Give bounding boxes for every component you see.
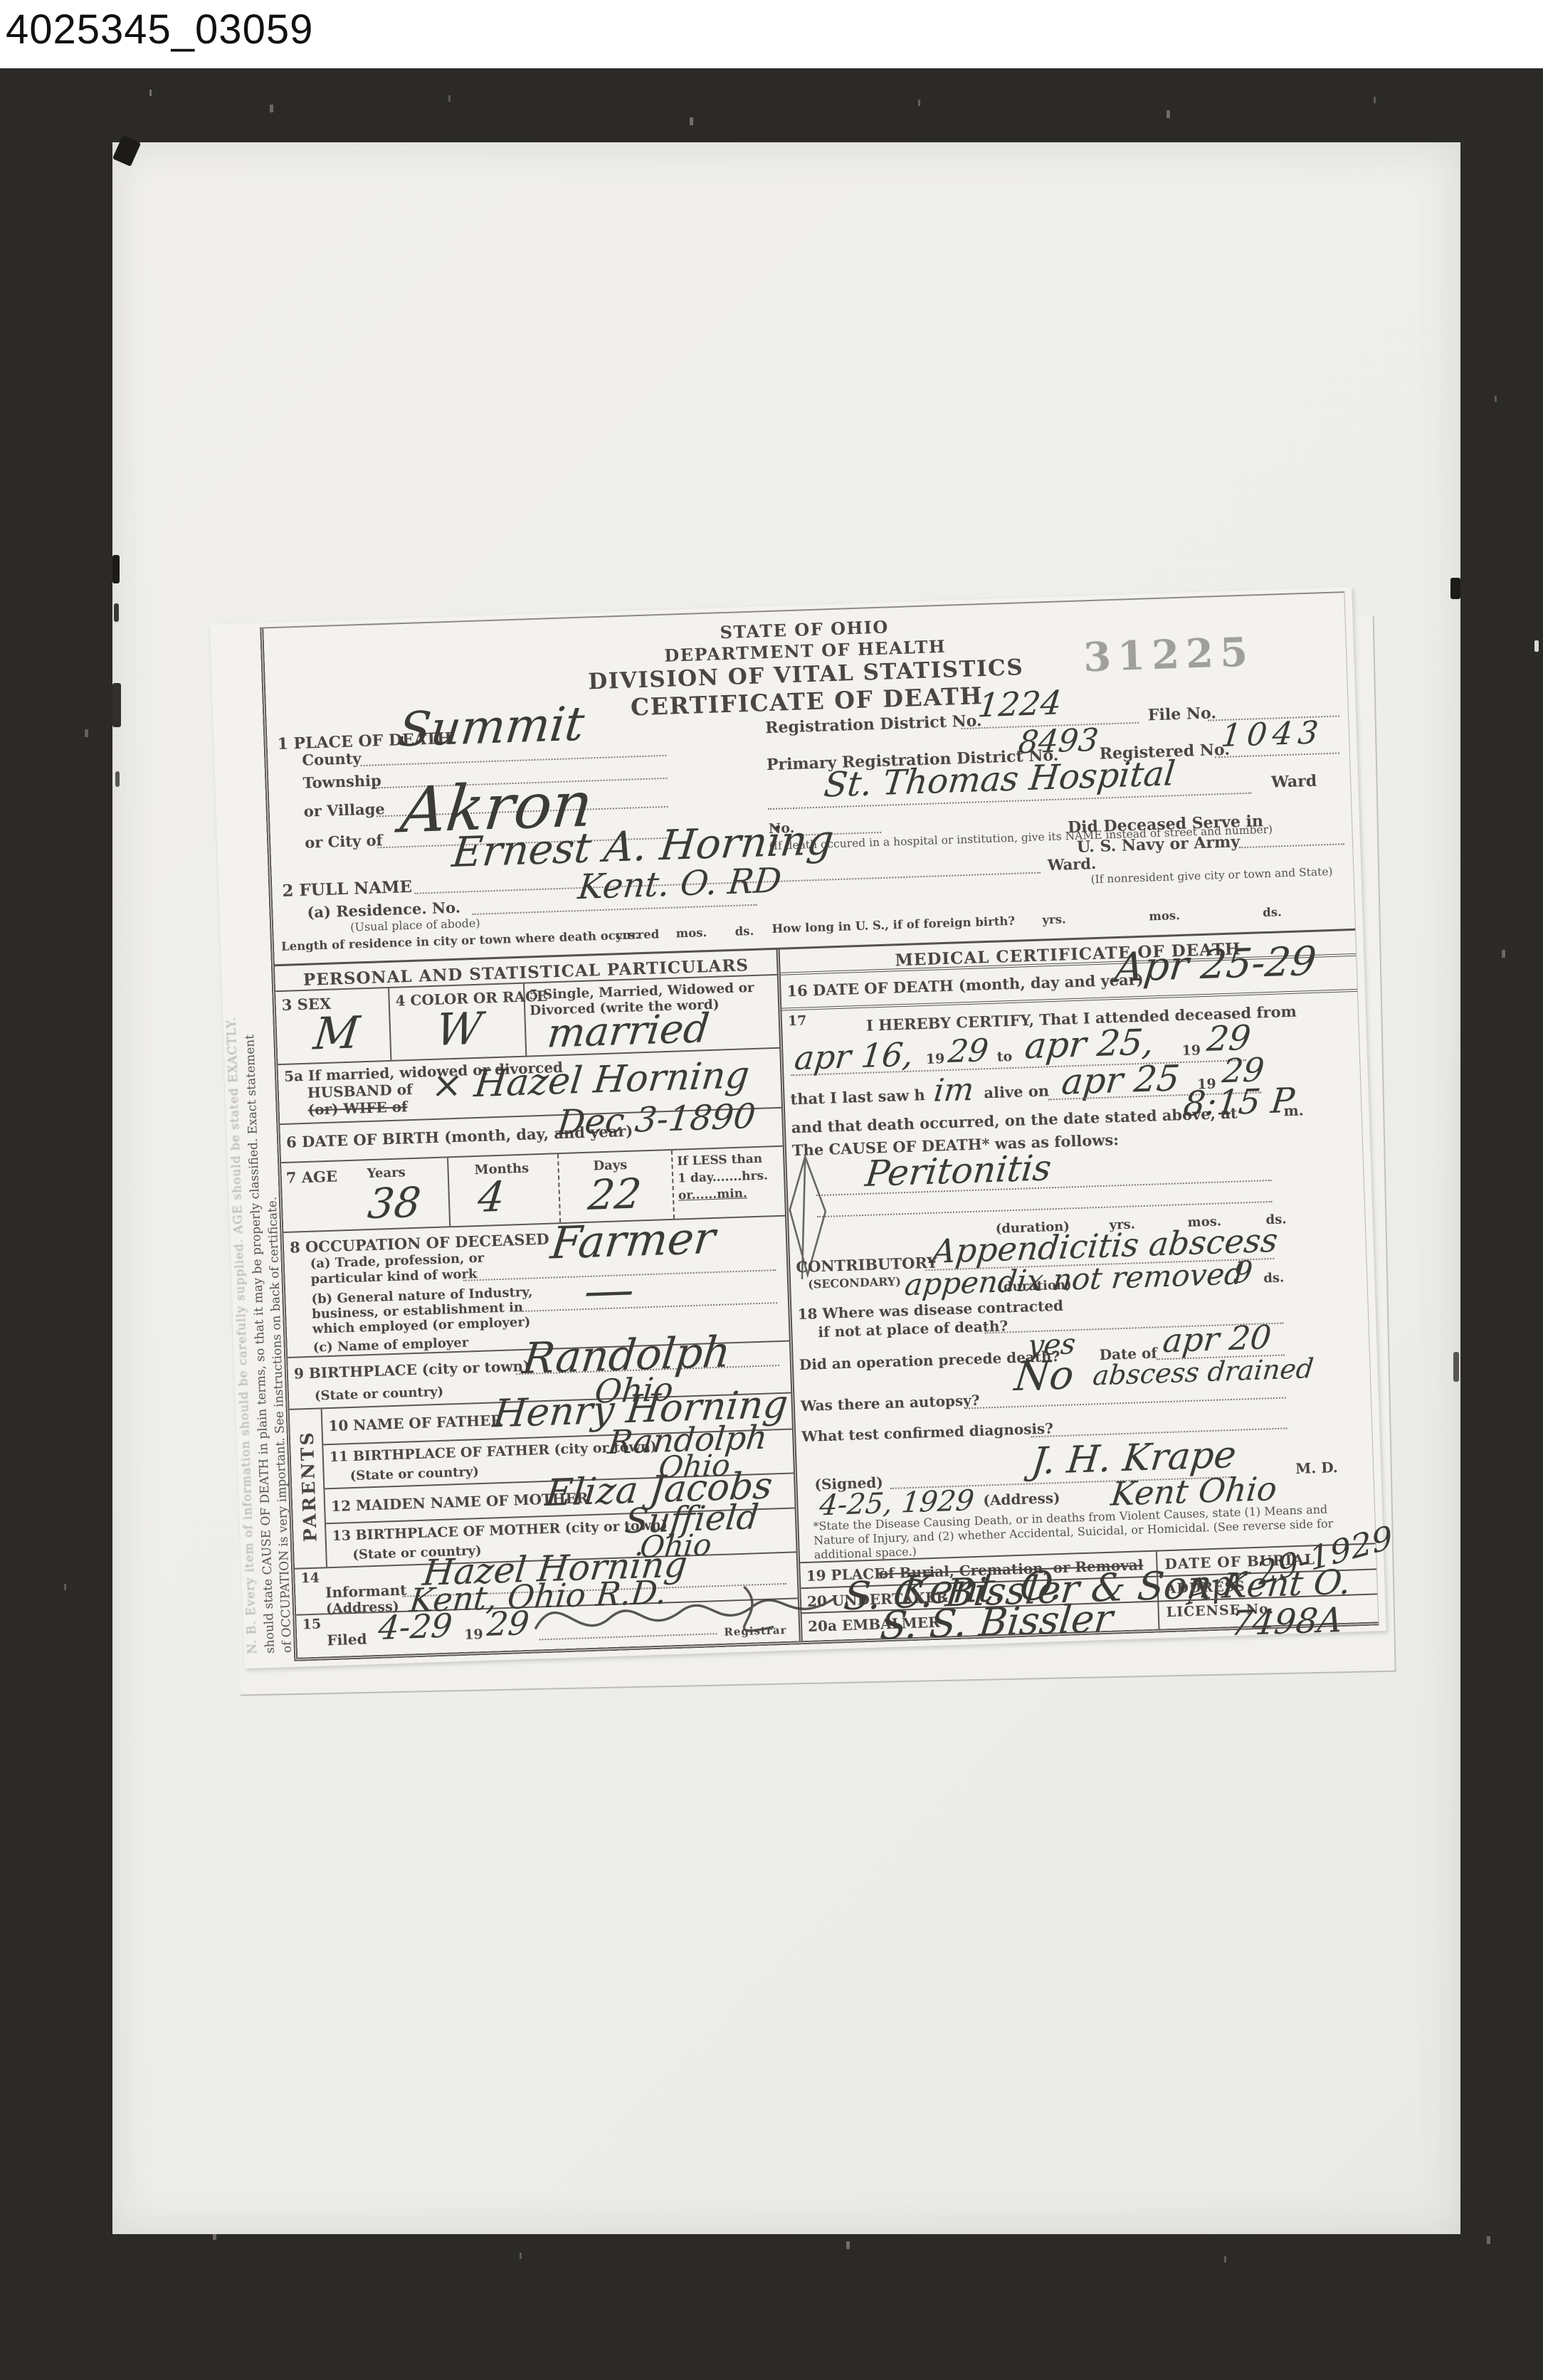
duration-ds-2: ds.	[1263, 1270, 1285, 1286]
edge-artifact	[115, 771, 120, 787]
age-years-value: 38	[366, 1181, 423, 1225]
wife-of-label: (or) WIFE of	[307, 1098, 408, 1118]
primary-district-value: 8493	[1017, 725, 1100, 759]
edge-artifact	[112, 135, 141, 166]
length-yrs: yrs.	[615, 928, 639, 942]
parents-section: PARENTS 10 NAME OF FATHER Henry Horning …	[290, 1393, 796, 1569]
sex-value: M	[312, 1010, 362, 1056]
birthplace-state-note: (State or country)	[315, 1384, 444, 1403]
microfilm-scan: 4025345_03059 N. B. Every item of inform…	[0, 0, 1543, 2380]
length-ds: ds.	[734, 924, 754, 938]
ward2-label: Ward.	[1047, 855, 1096, 874]
sign-address-label: (Address)	[983, 1489, 1060, 1509]
county-value: Summit	[396, 701, 586, 754]
marital-cell: 5 Single, Married, Widowed or Divorced (…	[525, 975, 779, 1055]
county-label: County	[302, 749, 362, 769]
occupation-a-value: Farmer	[549, 1216, 717, 1266]
certificate-form: STATE OF OHIO DEPARTMENT OF HEALTH DIVIS…	[260, 591, 1379, 1661]
less-note-3: or......min.	[678, 1186, 748, 1202]
informant-number: 14	[300, 1570, 320, 1586]
to-label: to	[996, 1048, 1012, 1064]
attended-to-value: apr 25,	[1023, 1024, 1156, 1064]
sex-cell: 3 SEX M	[275, 988, 391, 1064]
full-name-label: 2 FULL NAME	[282, 877, 412, 901]
occupation-b-line	[514, 1301, 777, 1312]
year-prefix-1: 19	[925, 1051, 944, 1067]
registrar-signature-scrawl	[530, 1569, 838, 1650]
birthplace-label: 9 BIRTHPLACE (city or town)	[294, 1357, 530, 1382]
less-note-1: If LESS than	[677, 1151, 762, 1168]
dob-value: Dec 3-1890	[556, 1099, 757, 1140]
year-prefix-2: 19	[1181, 1042, 1201, 1059]
scan-id-strip: 4025345_03059	[0, 0, 1543, 68]
age-days-cell: Days 22	[559, 1151, 675, 1223]
license-value: 7498A	[1229, 1603, 1344, 1641]
date-of-death-value: Apr 25-29	[1113, 942, 1318, 989]
serve-line	[1239, 842, 1344, 848]
film-background: N. B. Every item of information should b…	[0, 68, 1543, 2380]
less-note-2: 1 day.......hrs.	[678, 1168, 768, 1185]
foreign-ds: ds.	[1263, 905, 1282, 919]
photographed-page: N. B. Every item of information should b…	[112, 142, 1460, 2234]
date-of-death-label: 16 DATE OF DEATH (month, day and year)	[786, 970, 1144, 1000]
registration-district-value: 1224	[976, 686, 1063, 721]
parents-label: PARENTS	[297, 1430, 321, 1543]
filed-year-value: 29	[485, 1607, 530, 1641]
md-label: M. D.	[1295, 1459, 1338, 1477]
item-17-number: 17	[788, 1012, 807, 1029]
contributory-days-value: 9	[1232, 1257, 1254, 1288]
certify-block: 17 I HEREBY CERTIFY, That I attended dec…	[781, 991, 1362, 1141]
certificate-number-stamp: 31225	[1083, 628, 1255, 681]
parents-strip: PARENTS	[290, 1409, 327, 1567]
parents-rows: 10 NAME OF FATHER Henry Horning 11 BIRTH…	[322, 1393, 796, 1567]
foreign-birth-label: How long in U. S., if of foreign birth?	[771, 914, 1015, 936]
filed-value: 4-29	[376, 1609, 453, 1644]
spouse-value: × Hazel Horning	[430, 1057, 752, 1104]
occupation-b-value: —	[582, 1264, 637, 1316]
city-label: or City of	[305, 831, 383, 852]
nonresident-note: (If nonresident give city or town and St…	[1090, 865, 1333, 886]
autopsy-label: Was there an autopsy?	[800, 1392, 979, 1414]
edge-artifact	[1450, 578, 1460, 599]
time-of-death-value: 8:15 P	[1182, 1083, 1296, 1121]
attended-from-year: 29	[947, 1035, 990, 1068]
scan-id-label: 4025345_03059	[6, 6, 313, 53]
registrar-label: Registrar	[724, 1624, 787, 1639]
ward-label: Ward	[1271, 772, 1317, 792]
length-of-residence-label: Length of residence in city or town wher…	[281, 927, 660, 953]
age-days-value: 22	[586, 1173, 643, 1216]
edge-artifact	[114, 603, 119, 622]
color-race-value: W	[434, 1007, 484, 1052]
edge-artifact	[1453, 1352, 1459, 1382]
secondary-label: (SECONDARY)	[808, 1274, 901, 1291]
last-saw-pre: that I last saw h	[790, 1086, 925, 1108]
residence-value: Kent. O. RD	[576, 863, 783, 904]
him-value: im	[932, 1074, 975, 1106]
alive-on-label: alive on	[984, 1081, 1049, 1101]
filed-year-prefix: 19	[464, 1627, 483, 1643]
test-label: What test confirmed diagnosis?	[801, 1420, 1053, 1446]
edge-artifact	[112, 555, 120, 583]
age-label: 7 AGE	[285, 1167, 337, 1186]
particulars-columns: PERSONAL AND STATISTICAL PARTICULARS 3 S…	[275, 929, 1378, 1658]
file-no-label: File No.	[1148, 704, 1217, 724]
registered-no-value: 1043	[1220, 717, 1326, 752]
cause-value: Peritonitis	[863, 1150, 1053, 1192]
less-than-day-cell: If LESS than 1 day.......hrs. or......mi…	[673, 1146, 785, 1219]
death-certificate: N. B. Every item of information should b…	[210, 587, 1386, 1668]
film-speckles	[149, 90, 152, 96]
age-years-cell: 7 AGE Years 38	[281, 1158, 451, 1232]
place-and-name-section: 1 PLACE OF DEATH County Summit Township …	[267, 698, 1355, 964]
foreign-mos: mos.	[1149, 909, 1180, 923]
length-mos: mos.	[675, 926, 707, 940]
age-months-cell: Months 4	[448, 1154, 561, 1227]
edge-artifact	[112, 683, 121, 727]
embalmer-value: S. S. Bissler	[878, 1599, 1115, 1646]
film-speck	[1534, 640, 1539, 652]
personal-column: PERSONAL AND STATISTICAL PARTICULARS 3 S…	[275, 950, 803, 1658]
color-race-cell: 4 COLOR OR RACE W	[389, 984, 527, 1060]
age-months-value: 4	[476, 1175, 507, 1217]
filed-number: 15	[302, 1616, 321, 1632]
father-bp-state-note: (State or country)	[349, 1464, 479, 1483]
operation-date-value: apr 20	[1162, 1321, 1273, 1357]
township-label: Township	[302, 771, 381, 792]
medical-column: MEDICAL CERTIFICATE OF DEATH 16 DATE OF …	[780, 931, 1379, 1641]
filed-label: Filed	[327, 1630, 367, 1649]
father-label: 10 NAME OF FATHER	[328, 1412, 502, 1434]
m-label: m.	[1283, 1101, 1304, 1119]
foreign-yrs: yrs.	[1042, 912, 1066, 926]
village-label: or Village	[303, 800, 385, 820]
marital-value: married	[545, 1009, 711, 1054]
